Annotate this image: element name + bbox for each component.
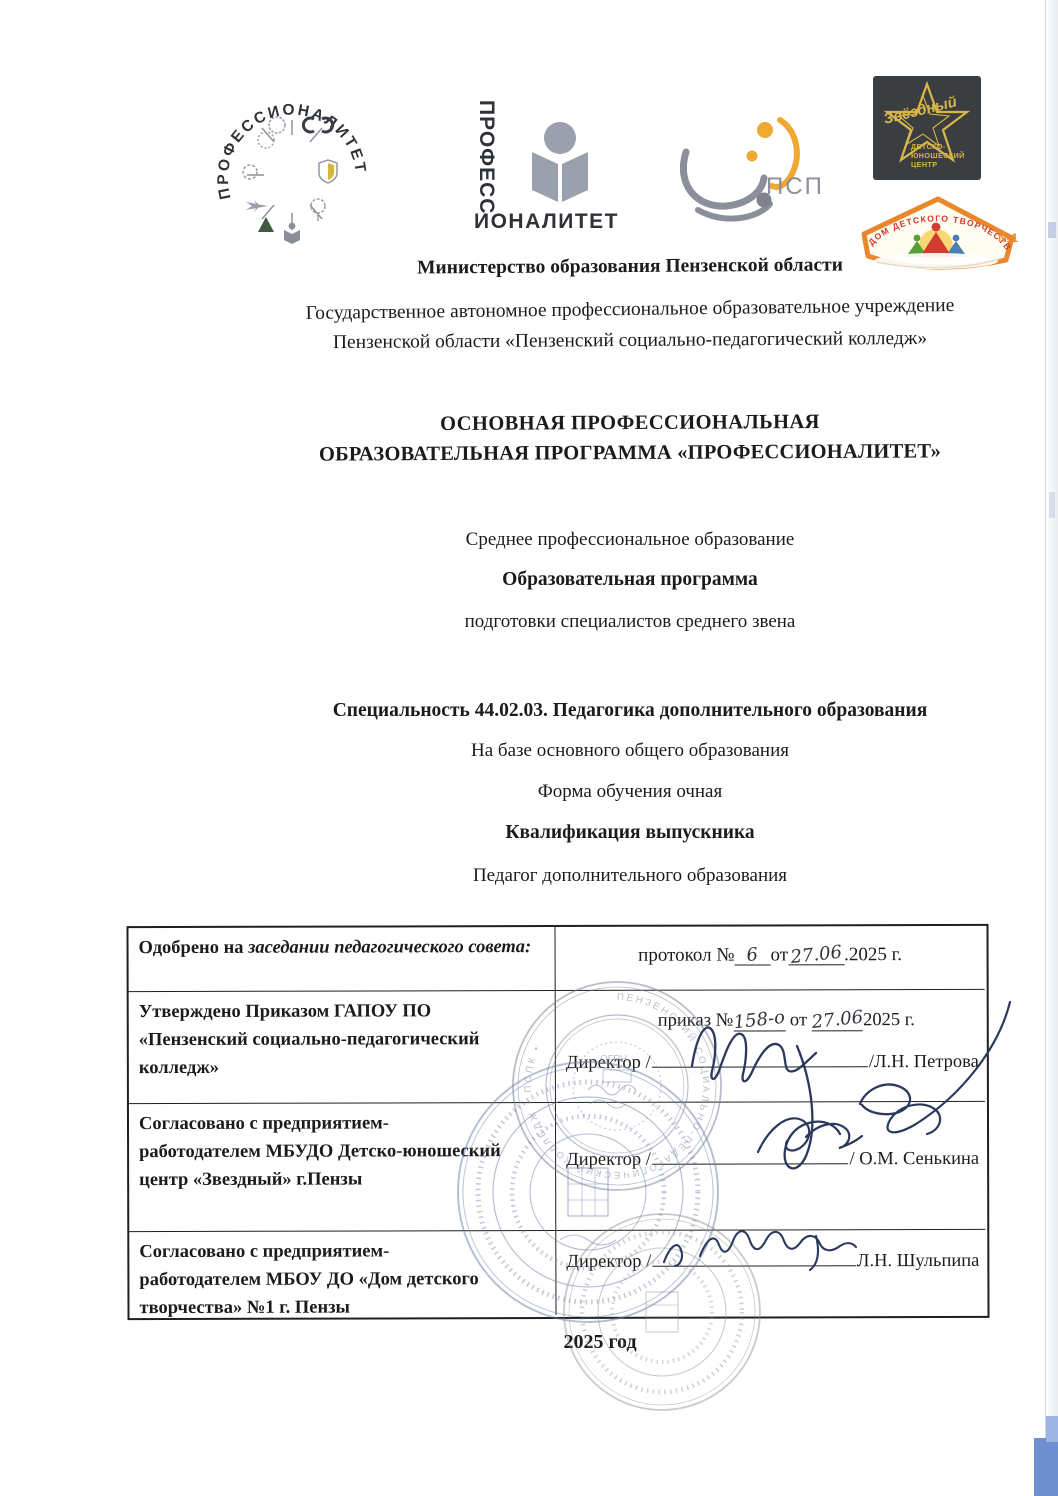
- plane-icon: [246, 200, 268, 212]
- row1-left-italic: заседании педагогического совета:: [248, 937, 531, 958]
- ring-trade-icons: [243, 117, 337, 244]
- protocol-number-blank: 6: [734, 945, 770, 965]
- professionalitet-ring-logo: ПРОФЕССИОНАЛИТЕТ: [210, 80, 374, 250]
- scan-corner-blue: [1034, 1438, 1058, 1496]
- director-name-petrova: /Л.Н. Петрова: [869, 1052, 979, 1073]
- protocol-date-blank: 27.06: [788, 945, 844, 965]
- director-label-r3: Директор /: [566, 1150, 651, 1171]
- program-type: подготовки специалистов среднего звена: [150, 611, 1058, 633]
- orbit-swoosh: [683, 120, 796, 219]
- book-icon: [284, 223, 300, 244]
- zvezdny-line3: ЦЕНТР: [911, 160, 937, 169]
- orbit-dot-orange: [757, 122, 773, 138]
- org-line1: Государственное автономное профессиональ…: [150, 293, 1058, 327]
- protocol-number-handwritten: 6: [746, 946, 759, 965]
- zvezdny-logo: Звёздный ДЕТСКО- ЮНОШЕСКИЙ ЦЕНТР: [873, 76, 981, 180]
- pspk-logo: ПСПК: [668, 112, 823, 237]
- order-number-blank: 158-о: [733, 1011, 785, 1031]
- triangle-icon: [258, 217, 274, 232]
- director-label-r4: Директор /: [566, 1252, 651, 1273]
- order-prefix: приказ №: [658, 1011, 734, 1031]
- signature-blank-r3: [652, 1144, 849, 1165]
- footer-year: 2025 год: [170, 1331, 1030, 1354]
- signature-blank-r4: [652, 1246, 856, 1267]
- qualification-value: Педагог дополнительного образования: [150, 865, 1058, 887]
- gear-icon: [243, 165, 257, 179]
- program-label: Образовательная программа: [150, 569, 1058, 591]
- svg-text:ПРОФЕССИОНАЛИТЕТ: ПРОФЕССИОНАЛИТЕТ: [215, 101, 369, 200]
- approval-row2-right: приказ №158-о от 27.062025 г. Директор /…: [555, 989, 985, 1102]
- study-form: Форма обучения очная: [150, 781, 1058, 803]
- education-level: Среднее профессиональное образование: [150, 529, 1058, 551]
- protocol-date-handwritten: 27.06: [789, 944, 842, 967]
- director-label-r2: Директор /: [566, 1053, 651, 1074]
- scan-blue-mark-mid: [1049, 492, 1055, 518]
- scan-edge-line: [1045, 0, 1046, 1496]
- approval-table: Одобрено на заседании педагогического со…: [126, 924, 989, 1320]
- pspk-label: ПСПК: [766, 173, 823, 200]
- approval-row3-right: Директор / / О.М. Сенькина: [555, 1101, 985, 1230]
- professionalitet-book-logo: ПРОФЕСС ИОНАЛИТЕТ: [448, 96, 653, 241]
- vertical-text: ПРОФЕСС: [475, 100, 498, 214]
- horizontal-text: ИОНАЛИТЕТ: [474, 210, 619, 233]
- tree-icon: [311, 199, 325, 221]
- ddt-number: №1: [998, 231, 1018, 245]
- approval-row2-left: Утверждено Приказом ГАПОУ ПО «Пензенский…: [129, 990, 555, 1103]
- order-date-handwritten: 27.06: [811, 1009, 864, 1032]
- scan-corner-blue-light: [1046, 1416, 1058, 1442]
- order-suffix: 2025 г.: [863, 1010, 915, 1030]
- education-base: На базе основного общего образования: [150, 740, 1058, 762]
- order-number-handwritten: 158-о: [733, 1009, 786, 1032]
- row1-left-bold: Одобрено на: [139, 938, 249, 958]
- order-date-blank: 27.06: [812, 1011, 864, 1031]
- signature-blank-r2: [652, 1047, 868, 1068]
- ring-arc-text: ПРОФЕССИОНАЛИТЕТ: [215, 101, 369, 200]
- specialty-line: Специальность 44.02.03. Педагогика допол…: [150, 700, 1058, 722]
- approval-row1-left: Одобрено на заседании педагогического со…: [128, 927, 554, 991]
- document-page: ПРОФЕССИОНАЛИТЕТ: [0, 0, 1058, 1496]
- org-line2: Пензенской области «Пензенский социально…: [150, 327, 1058, 356]
- approval-row3-left: Согласовано с предприятием- работодателе…: [129, 1102, 555, 1231]
- orbit-dot-small: [747, 151, 758, 162]
- protocol-mid: от: [770, 944, 788, 966]
- order-mid: от: [785, 1010, 811, 1030]
- scan-blue-mark-top: [1048, 222, 1056, 238]
- protocol-suffix: .2025 г.: [844, 944, 902, 966]
- qualification-label: Квалификация выпускника: [150, 822, 1058, 844]
- shield-icon: [319, 160, 337, 183]
- approval-row4-right: Директор / Л.Н. Шульпипа: [555, 1229, 985, 1315]
- protocol-prefix: протокол №: [638, 945, 734, 967]
- approval-row1-right: протокол № 6 от 27.06 .2025 г.: [554, 926, 984, 990]
- document-title-line1: ОСНОВНАЯ ПРОФЕССИОНАЛЬНАЯ: [150, 409, 1058, 437]
- zvezdny-line2: ЮНОШЕСКИЙ: [911, 151, 965, 160]
- approval-row4-left: Согласовано с предприятием- работодателе…: [129, 1230, 555, 1316]
- reader-icon: [532, 122, 588, 202]
- zvezdny-line1: ДЕТСКО-: [911, 142, 946, 151]
- document-title-line2: ОБРАЗОВАТЕЛЬНАЯ ПРОГРАММА «ПРОФЕССИОНАЛИ…: [150, 439, 1058, 467]
- director-name-senkina: / О.М. Сенькина: [849, 1149, 979, 1170]
- director-name-shulpina: Л.Н. Шульпипа: [857, 1251, 980, 1272]
